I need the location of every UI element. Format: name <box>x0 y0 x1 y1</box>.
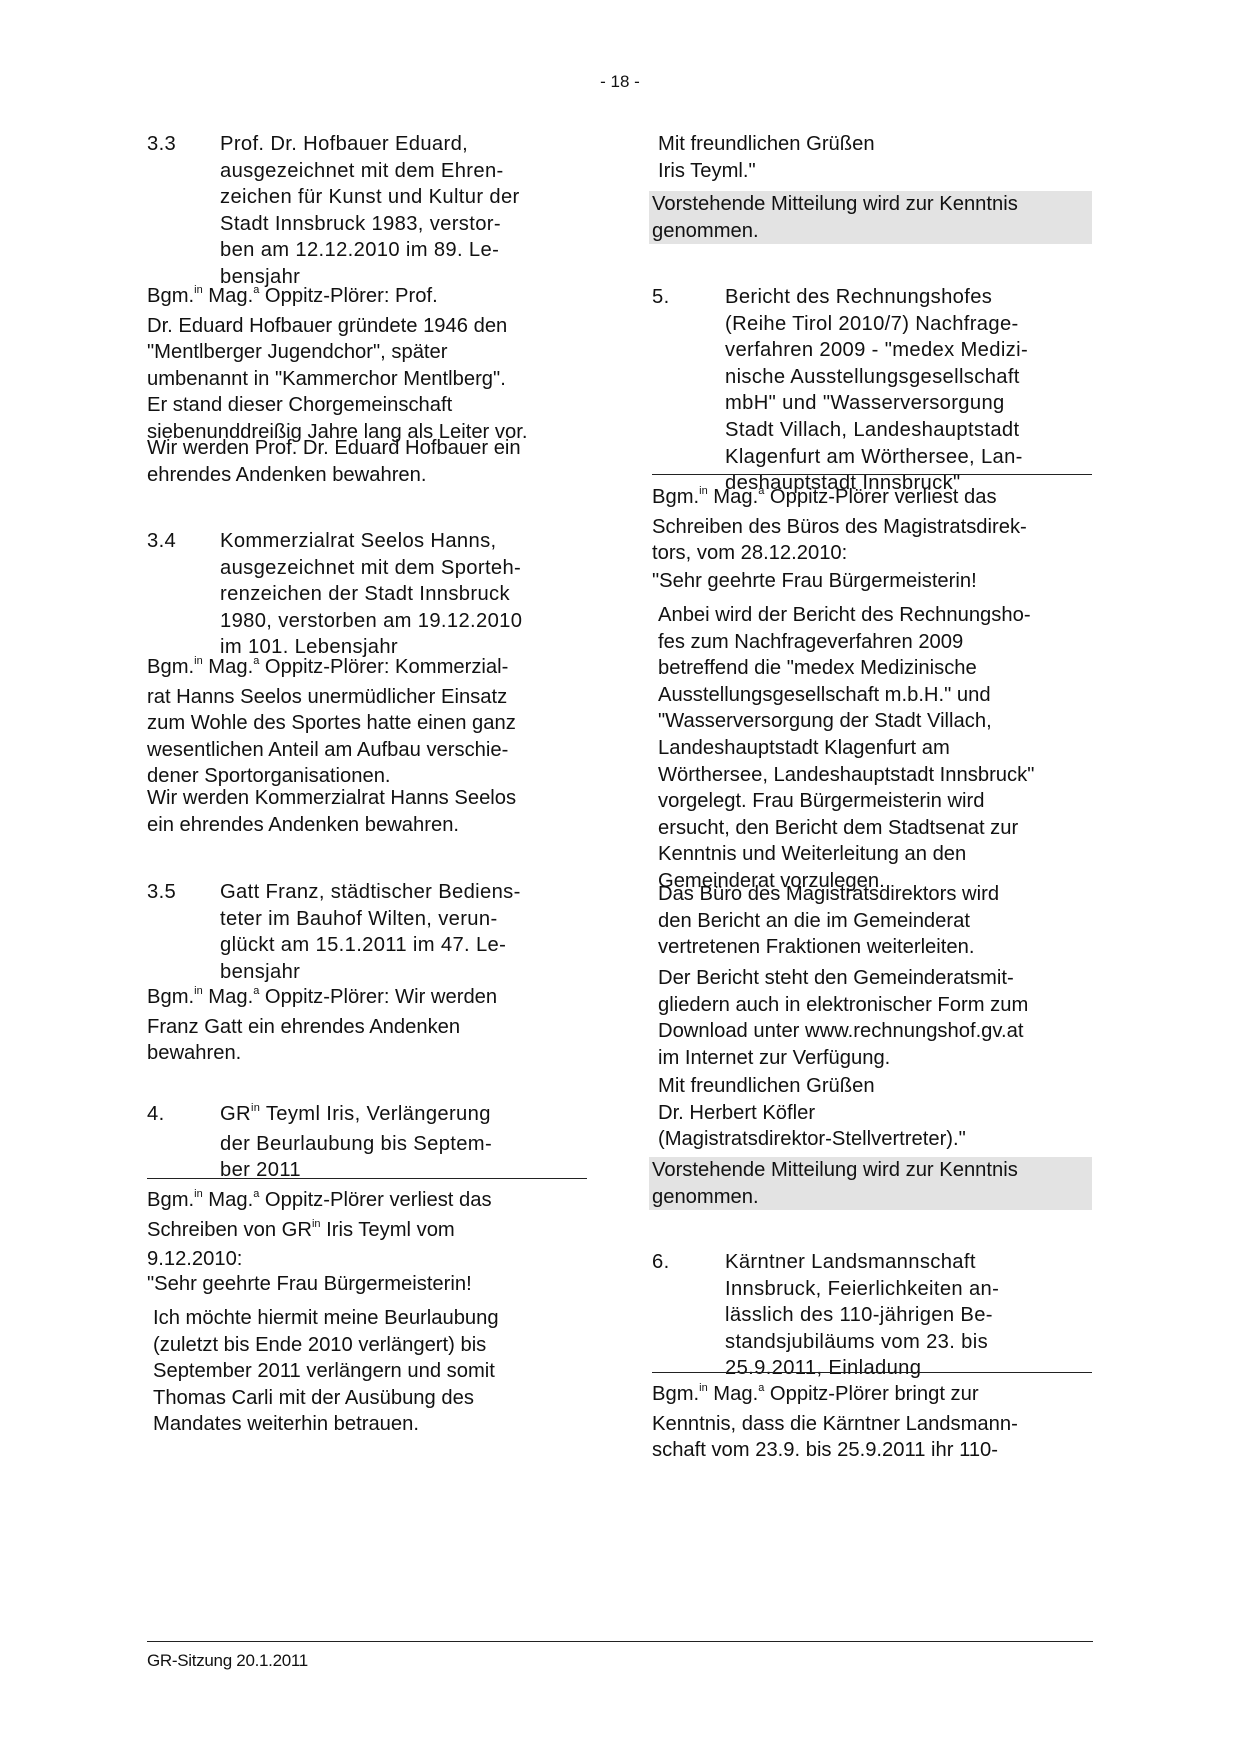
letter-paragraph-1: Anbei wird der Bericht des Rechnungsho- … <box>652 602 1098 895</box>
statement-text: Oppitz-Plörer: Wir werden Franz Gatt ein… <box>147 986 497 1064</box>
agenda-heading-3-3: 3.3 Prof. Dr. Hofbauer Eduard, ausgezeic… <box>147 131 587 291</box>
agenda-number: 5. <box>652 284 725 497</box>
superscript: a <box>253 1188 259 1200</box>
superscript: in <box>699 485 708 497</box>
resolution-5: Vorstehende Mitteilung wird zur Kenntnis… <box>652 1157 1092 1210</box>
agenda-title: Bericht des Rechnungshofes (Reihe Tirol … <box>725 284 1092 497</box>
superscript: in <box>194 284 203 296</box>
title-text: Teyml Iris, Verlängerung der Beurlaubung… <box>220 1103 492 1181</box>
speaker-title: Bgm. <box>147 1189 194 1211</box>
superscript: a <box>758 485 764 497</box>
agenda-heading-4: 4. GRin Teyml Iris, Verlängerung der Beu… <box>147 1101 587 1184</box>
agenda-title: GRin Teyml Iris, Verlängerung der Beurla… <box>220 1101 587 1184</box>
agenda-heading-3-4: 3.4 Kommerzialrat Seelos Hanns, ausgezei… <box>147 528 587 661</box>
speaker-statement-3-4: Bgm.in Mag.a Oppitz-Plörer: Kommerzial- … <box>147 654 587 790</box>
resolution-highlight: Vorstehende Mitteilung wird zur Kenntnis… <box>649 1157 1092 1210</box>
page-number: - 18 - <box>0 72 1240 92</box>
speaker-title: Bgm. <box>147 986 194 1008</box>
title-prefix: GR <box>220 1103 251 1125</box>
resolution-4: Vorstehende Mitteilung wird zur Kenntnis… <box>652 191 1092 244</box>
closing-3-3: Wir werden Prof. Dr. Eduard Hofbauer ein… <box>147 435 587 488</box>
agenda-heading-6: 6. Kärntner Landsmannschaft Innsbruck, F… <box>652 1249 1092 1382</box>
superscript: a <box>253 985 259 997</box>
superscript: a <box>253 284 259 296</box>
letter-paragraph-3: Der Bericht steht den Gemeinderatsmit- g… <box>652 965 1098 1071</box>
speaker-statement-5: Bgm.in Mag.a Oppitz-Plörer verliest das … <box>652 484 1092 567</box>
footer-session-label: GR-Sitzung 20.1.2011 <box>147 1651 308 1671</box>
speaker-title: Mag. <box>708 486 759 508</box>
letter-salutation-5: "Sehr geehrte Frau Bürgermeisterin! <box>652 568 1092 595</box>
superscript: in <box>312 1218 321 1230</box>
letter-sign-off-5: Mit freundlichen Grüßen Dr. Herbert Köfl… <box>652 1073 1098 1153</box>
letter-body-4: Ich möchte hiermit meine Beurlaubung (zu… <box>147 1305 593 1438</box>
speaker-title: Mag. <box>203 285 254 307</box>
agenda-title: Kommerzialrat Seelos Hanns, ausgezeichne… <box>220 528 587 661</box>
speaker-title: Bgm. <box>652 1383 699 1405</box>
resolution-highlight: Vorstehende Mitteilung wird zur Kenntnis… <box>649 191 1092 244</box>
letter-paragraph-2: Das Büro des Magistratsdirektors wird de… <box>652 881 1098 961</box>
speaker-title: Mag. <box>203 1189 254 1211</box>
agenda-title: Kärntner Landsmannschaft Innsbruck, Feie… <box>725 1249 1092 1382</box>
speaker-title: Bgm. <box>147 285 194 307</box>
superscript: a <box>758 1382 764 1394</box>
agenda-title: Gatt Franz, städtischer Bediens- teter i… <box>220 879 587 985</box>
heading-divider <box>652 474 1092 475</box>
agenda-number: 6. <box>652 1249 725 1382</box>
speaker-statement-6: Bgm.in Mag.a Oppitz-Plörer bringt zur Ke… <box>652 1381 1092 1464</box>
speaker-title: Mag. <box>203 656 254 678</box>
agenda-heading-5: 5. Bericht des Rechnungshofes (Reihe Tir… <box>652 284 1092 497</box>
agenda-heading-3-5: 3.5 Gatt Franz, städtischer Bediens- tet… <box>147 879 587 985</box>
agenda-number: 3.5 <box>147 879 220 985</box>
speaker-title: Mag. <box>203 986 254 1008</box>
agenda-number: 4. <box>147 1101 220 1184</box>
agenda-number: 3.4 <box>147 528 220 661</box>
speaker-statement-3-3: Bgm.in Mag.a Oppitz-Plörer: Prof. Dr. Ed… <box>147 283 587 446</box>
superscript: a <box>253 655 259 667</box>
speaker-title: Bgm. <box>652 486 699 508</box>
superscript: in <box>194 1188 203 1200</box>
superscript: in <box>194 985 203 997</box>
heading-divider <box>147 1178 587 1179</box>
speaker-title: Mag. <box>708 1383 759 1405</box>
letter-sign-off-4: Mit freundlichen Grüßen Iris Teyml." <box>652 131 1098 184</box>
agenda-number: 3.3 <box>147 131 220 291</box>
speaker-statement-4: Bgm.in Mag.a Oppitz-Plörer verliest das … <box>147 1187 587 1273</box>
speaker-statement-3-5: Bgm.in Mag.a Oppitz-Plörer: Wir werden F… <box>147 984 587 1067</box>
footer-divider <box>147 1641 1093 1642</box>
closing-3-4: Wir werden Kommerzialrat Hanns Seelos ei… <box>147 785 587 838</box>
letter-salutation-4: "Sehr geehrte Frau Bürgermeisterin! <box>147 1271 587 1298</box>
statement-text: Oppitz-Plörer: Prof. Dr. Eduard Hofbauer… <box>147 285 527 443</box>
superscript: in <box>699 1382 708 1394</box>
heading-divider <box>652 1372 1092 1373</box>
agenda-title: Prof. Dr. Hofbauer Eduard, ausgezeichnet… <box>220 131 587 291</box>
superscript: in <box>251 1102 260 1114</box>
superscript: in <box>194 655 203 667</box>
speaker-title: Bgm. <box>147 656 194 678</box>
